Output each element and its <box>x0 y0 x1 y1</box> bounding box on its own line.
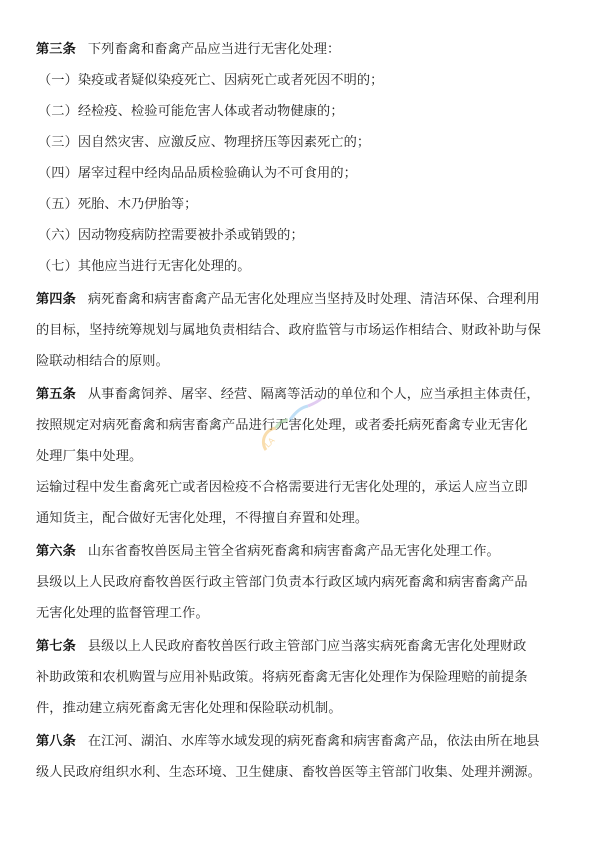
paragraph-line: 县级以上人民政府畜牧兽医行政主管部门负责本行政区域内病死畜禽和病害畜禽产品 <box>36 575 528 591</box>
paragraph-line: 无害化处理的监督管理工作。 <box>36 606 209 622</box>
line-text: （三）因自然灾害、应激反应、物理挤压等因素死亡的； <box>38 135 370 150</box>
list-item: （四）屠宰过程中经肉品品质检验确认为不可食用的； <box>38 166 357 182</box>
article-heading-line: 第四条病死畜禽和病害畜禽产品无害化处理应当坚持及时处理、清洁环保、合理利用 <box>36 292 540 308</box>
line-text: 级人民政府组织水利、生态环境、卫生健康、畜牧兽医等主管部门收集、处理并溯源。 <box>36 765 541 780</box>
line-text: 从事畜禽饲养、屠宰、经营、隔离等活动的单位和个人，应当承担主体责任， <box>88 387 540 402</box>
line-text: 通知货主，配合做好无害化处理，不得擅自弃置和处理。 <box>36 511 368 526</box>
line-text: （四）屠宰过程中经肉品品质检验确认为不可食用的； <box>38 166 357 181</box>
list-item: （一）染疫或者疑似染疫死亡、因病死亡或者死因不明的； <box>38 73 383 89</box>
line-text: 县级以上人民政府畜牧兽医行政主管部门负责本行政区域内病死畜禽和病害畜禽产品 <box>36 575 528 590</box>
line-text: 险联动相结合的原则。 <box>36 354 169 369</box>
article-heading-line: 第六条山东省畜牧兽医局主管全省病死畜禽和病害畜禽产品无害化处理工作。 <box>36 544 500 560</box>
line-text: （七）其他应当进行无害化处理的。 <box>38 259 251 274</box>
list-item: （三）因自然灾害、应激反应、物理挤压等因素死亡的； <box>38 135 370 151</box>
list-item: （六）因动物疫病防控需要被扑杀或销毁的； <box>38 228 304 244</box>
paragraph-line: 的目标，坚持统筹规划与属地负责相结合、政府监管与市场运作相结合、财政补助与保 <box>36 323 541 339</box>
article-number: 第三条 <box>36 42 76 57</box>
line-text: 无害化处理的监督管理工作。 <box>36 606 209 621</box>
paragraph-line: 通知货主，配合做好无害化处理，不得擅自弃置和处理。 <box>36 511 368 527</box>
article-heading-line: 第七条县级以上人民政府畜牧兽医行政主管部门应当落实病死畜禽无害化处理财政 <box>36 639 526 655</box>
line-text: 件，推动建立病死畜禽无害化处理和保险联动机制。 <box>36 701 342 716</box>
line-text: 山东省畜牧兽医局主管全省病死畜禽和病害畜禽产品无害化处理工作。 <box>88 544 500 559</box>
article-heading-line: 第五条从事畜禽饲养、屠宰、经营、隔离等活动的单位和个人，应当承担主体责任， <box>36 387 540 403</box>
line-text: 处理厂集中处理。 <box>36 449 142 464</box>
line-text: 按照规定对病死畜禽和病害畜禽产品进行无害化处理，或者委托病死畜禽专业无害化 <box>36 418 528 433</box>
article-number: 第七条 <box>36 639 76 654</box>
line-text: 县级以上人民政府畜牧兽医行政主管部门应当落实病死畜禽无害化处理财政 <box>88 639 526 654</box>
list-item: （七）其他应当进行无害化处理的。 <box>38 259 251 275</box>
article-heading-line: 第三条下列畜禽和畜禽产品应当进行无害化处理： <box>36 42 340 58</box>
line-text: （一）染疫或者疑似染疫死亡、因病死亡或者死因不明的； <box>38 73 383 88</box>
paragraph-line: 补助政策和农机购置与应用补贴政策。将病死畜禽无害化处理作为保险理赔的前提条 <box>36 670 528 686</box>
line-text: 下列畜禽和畜禽产品应当进行无害化处理： <box>88 42 340 57</box>
article-number: 第六条 <box>36 544 76 559</box>
article-number: 第四条 <box>36 292 76 307</box>
document-page: 第三条下列畜禽和畜禽产品应当进行无害化处理：（一）染疫或者疑似染疫死亡、因病死亡… <box>0 0 595 841</box>
article-number: 第五条 <box>36 387 76 402</box>
line-text: 运输过程中发生畜禽死亡或者因检疫不合格需要进行无害化处理的，承运人应当立即 <box>36 480 528 495</box>
paragraph-line: 运输过程中发生畜禽死亡或者因检疫不合格需要进行无害化处理的，承运人应当立即 <box>36 480 528 496</box>
list-item: （五）死胎、木乃伊胎等； <box>38 197 197 213</box>
paragraph-line: 按照规定对病死畜禽和病害畜禽产品进行无害化处理，或者委托病死畜禽专业无害化 <box>36 418 528 434</box>
line-text: 补助政策和农机购置与应用补贴政策。将病死畜禽无害化处理作为保险理赔的前提条 <box>36 670 528 685</box>
article-number: 第八条 <box>36 734 76 749</box>
line-text: （五）死胎、木乃伊胎等； <box>38 197 197 212</box>
paragraph-line: 级人民政府组织水利、生态环境、卫生健康、畜牧兽医等主管部门收集、处理并溯源。 <box>36 765 541 781</box>
line-text: 的目标，坚持统筹规划与属地负责相结合、政府监管与市场运作相结合、财政补助与保 <box>36 323 541 338</box>
paragraph-line: 处理厂集中处理。 <box>36 449 142 465</box>
line-text: （二）经检疫、检验可能危害人体或者动物健康的； <box>38 104 344 119</box>
paragraph-line: 件，推动建立病死畜禽无害化处理和保险联动机制。 <box>36 701 342 717</box>
list-item: （二）经检疫、检验可能危害人体或者动物健康的； <box>38 104 344 120</box>
line-text: 病死畜禽和病害畜禽产品无害化处理应当坚持及时处理、清洁环保、合理利用 <box>88 292 540 307</box>
paragraph-line: 险联动相结合的原则。 <box>36 354 169 370</box>
article-heading-line: 第八条在江河、湖泊、水库等水域发现的病死畜禽和病害畜禽产品，依法由所在地县 <box>36 734 540 750</box>
line-text: （六）因动物疫病防控需要被扑杀或销毁的； <box>38 228 304 243</box>
line-text: 在江河、湖泊、水库等水域发现的病死畜禽和病害畜禽产品，依法由所在地县 <box>88 734 540 749</box>
